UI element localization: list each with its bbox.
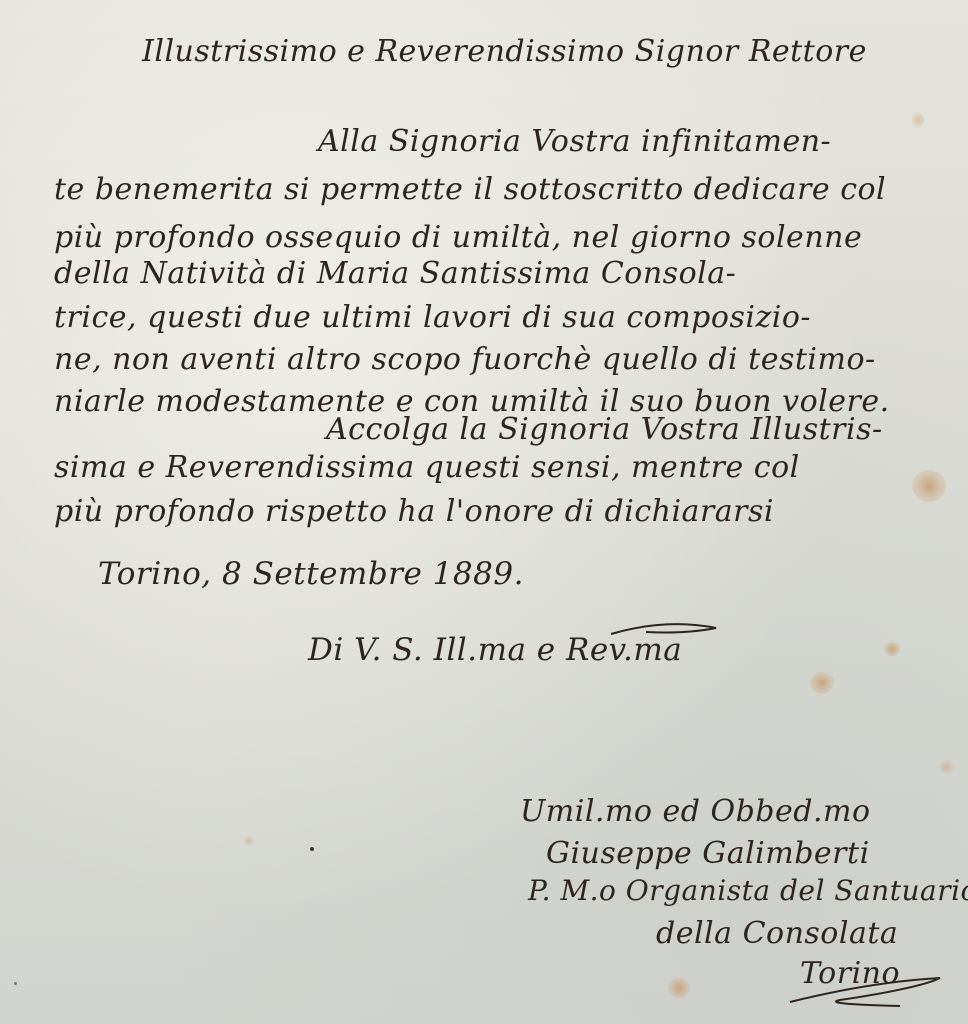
body-line: della Natività di Maria Santissima Conso…: [54, 256, 736, 291]
place-date: Torino, 8 Settembre 1889.: [98, 556, 524, 592]
closing-line: sima e Reverendissima questi sensi, ment…: [54, 450, 800, 485]
body-line: te benemerita si permette il sottoscritt…: [54, 172, 886, 207]
signature-title: P. M.o Organista del Santuario: [528, 874, 968, 907]
foxing-spot: [884, 642, 900, 656]
foxing-spot: [244, 836, 254, 846]
ink-speck: [14, 982, 17, 985]
body-line: più profondo ossequio di umiltà, nel gio…: [54, 220, 862, 255]
signature-place: della Consolata: [656, 916, 898, 951]
foxing-spot: [912, 112, 924, 128]
closing-line: più profondo rispetto ha l'onore di dich…: [54, 494, 774, 529]
signature-flourish: [780, 972, 960, 1012]
foxing-spot: [912, 470, 946, 502]
foxing-spot: [668, 978, 690, 998]
body-line: ne, non aventi altro scopo fuorchè quell…: [54, 342, 876, 377]
foxing-spot: [940, 760, 954, 774]
signature-name: Giuseppe Galimberti: [546, 836, 870, 871]
flourish-decoration: [606, 620, 726, 640]
signature-courtesy: Umil.mo ed Obbed.mo: [520, 794, 871, 829]
body-line: Alla Signoria Vostra infinitamen-: [318, 124, 831, 159]
foxing-spot: [810, 672, 834, 694]
ink-speck: [310, 847, 314, 851]
body-line: trice, questi due ultimi lavori di sua c…: [54, 300, 811, 335]
letter-page: Illustrissimo e Reverendissimo Signor Re…: [0, 0, 968, 1024]
salutation: Illustrissimo e Reverendissimo Signor Re…: [142, 34, 867, 69]
closing-line: Accolga la Signoria Vostra Illustris-: [326, 412, 883, 447]
